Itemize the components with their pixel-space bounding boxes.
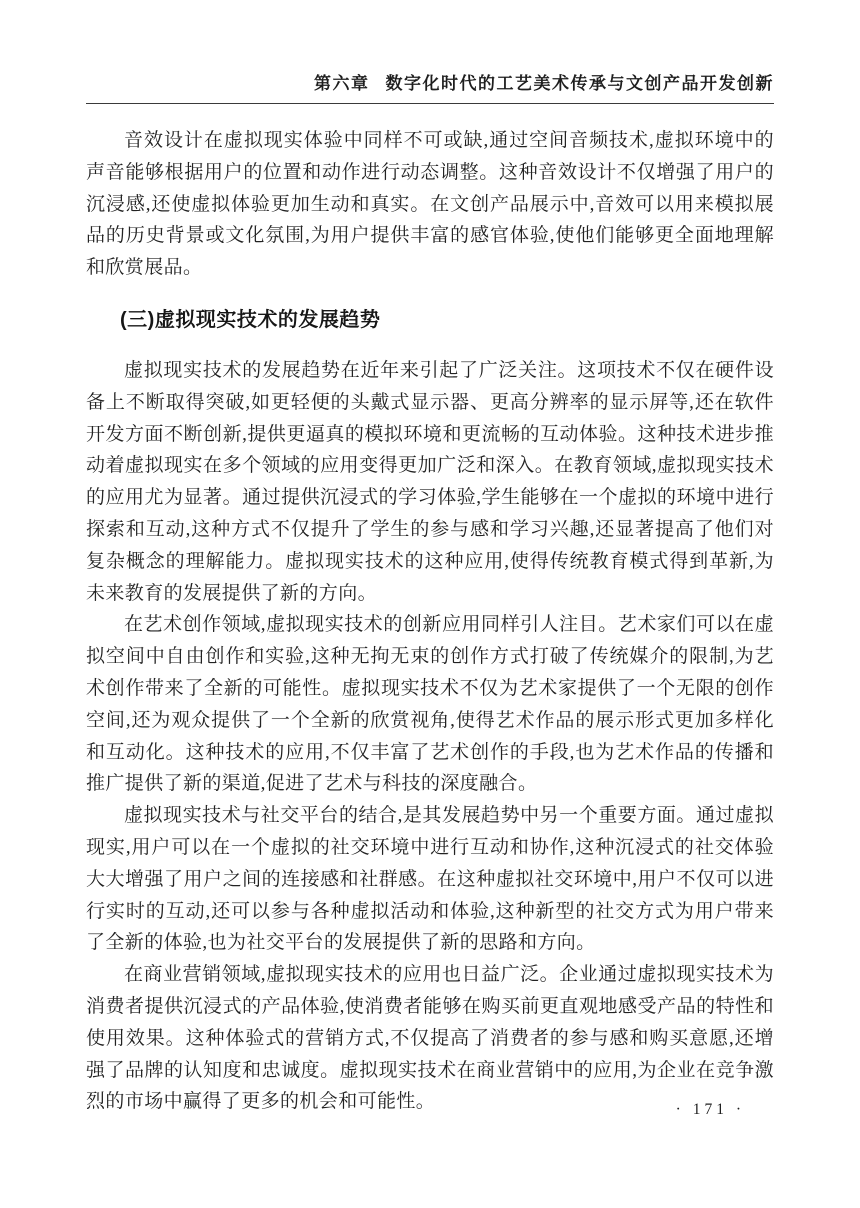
body-text: 音效设计在虚拟现实体验中同样不可或缺,通过空间音频技术,虚拟环境中的声音能够根据…: [86, 125, 774, 1118]
paragraph-commercial-marketing: 在商业营销领域,虚拟现实技术的应用也日益广泛。企业通过虚拟现实技术为消费者提供沉…: [86, 959, 774, 1118]
page-number: · 171 ·: [676, 1101, 745, 1119]
chapter-label: 第六章: [314, 74, 370, 93]
header-rule: [86, 103, 774, 104]
paragraph-social-platform: 虚拟现实技术与社交平台的结合,是其发展趋势中另一个重要方面。通过虚拟现实,用户可…: [86, 800, 774, 959]
paragraph-vr-trend: 虚拟现实技术的发展趋势在近年来引起了广泛关注。这项技术不仅在硬件设备上不断取得突…: [86, 355, 774, 609]
running-header: 第六章数字化时代的工艺美术传承与文创产品开发创新: [86, 74, 774, 94]
paragraph-art-creation: 在艺术创作领域,虚拟现实技术的创新应用同样引人注目。艺术家们可以在虚拟空间中自由…: [86, 609, 774, 800]
chapter-title: 数字化时代的工艺美术传承与文创产品开发创新: [386, 74, 775, 93]
intro-paragraph: 音效设计在虚拟现实体验中同样不可或缺,通过空间音频技术,虚拟环境中的声音能够根据…: [86, 125, 774, 284]
section-heading: (三)虚拟现实技术的发展趋势: [86, 305, 774, 335]
document-page: 第六章数字化时代的工艺美术传承与文创产品开发创新 音效设计在虚拟现实体验中同样不…: [0, 0, 860, 1208]
